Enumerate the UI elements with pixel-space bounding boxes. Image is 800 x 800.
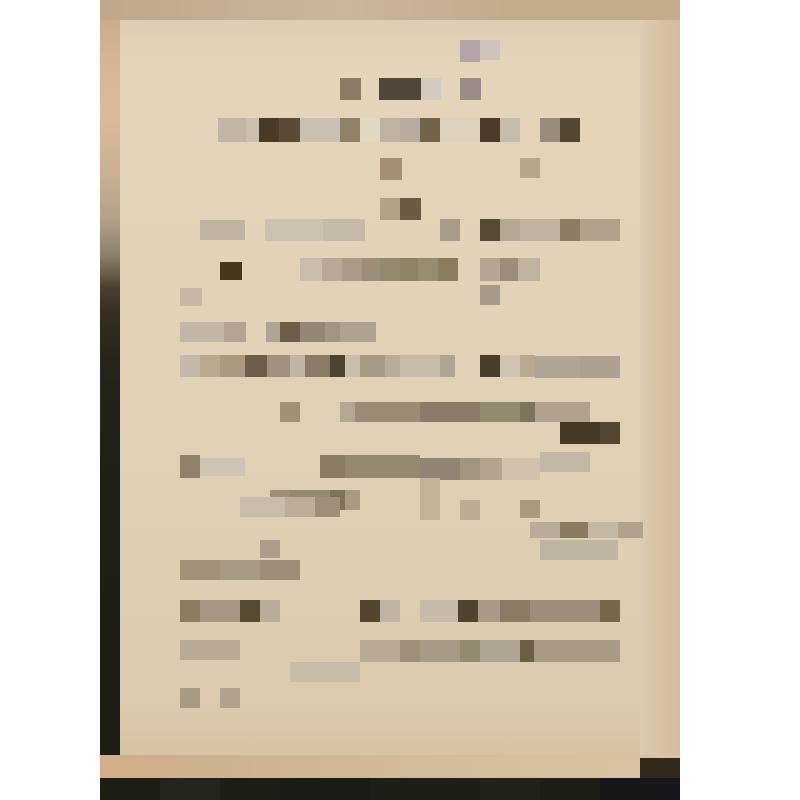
page-top-edge	[100, 0, 680, 20]
page-right-edge	[640, 0, 680, 778]
page-left-shadow	[100, 0, 120, 778]
page-bottom-band	[100, 778, 680, 800]
scanner-background-left	[0, 0, 100, 800]
page-bottom-edge	[100, 755, 680, 778]
scanner-background-right	[680, 0, 800, 800]
document-page	[100, 0, 680, 800]
screenshot-canvas	[0, 0, 800, 800]
